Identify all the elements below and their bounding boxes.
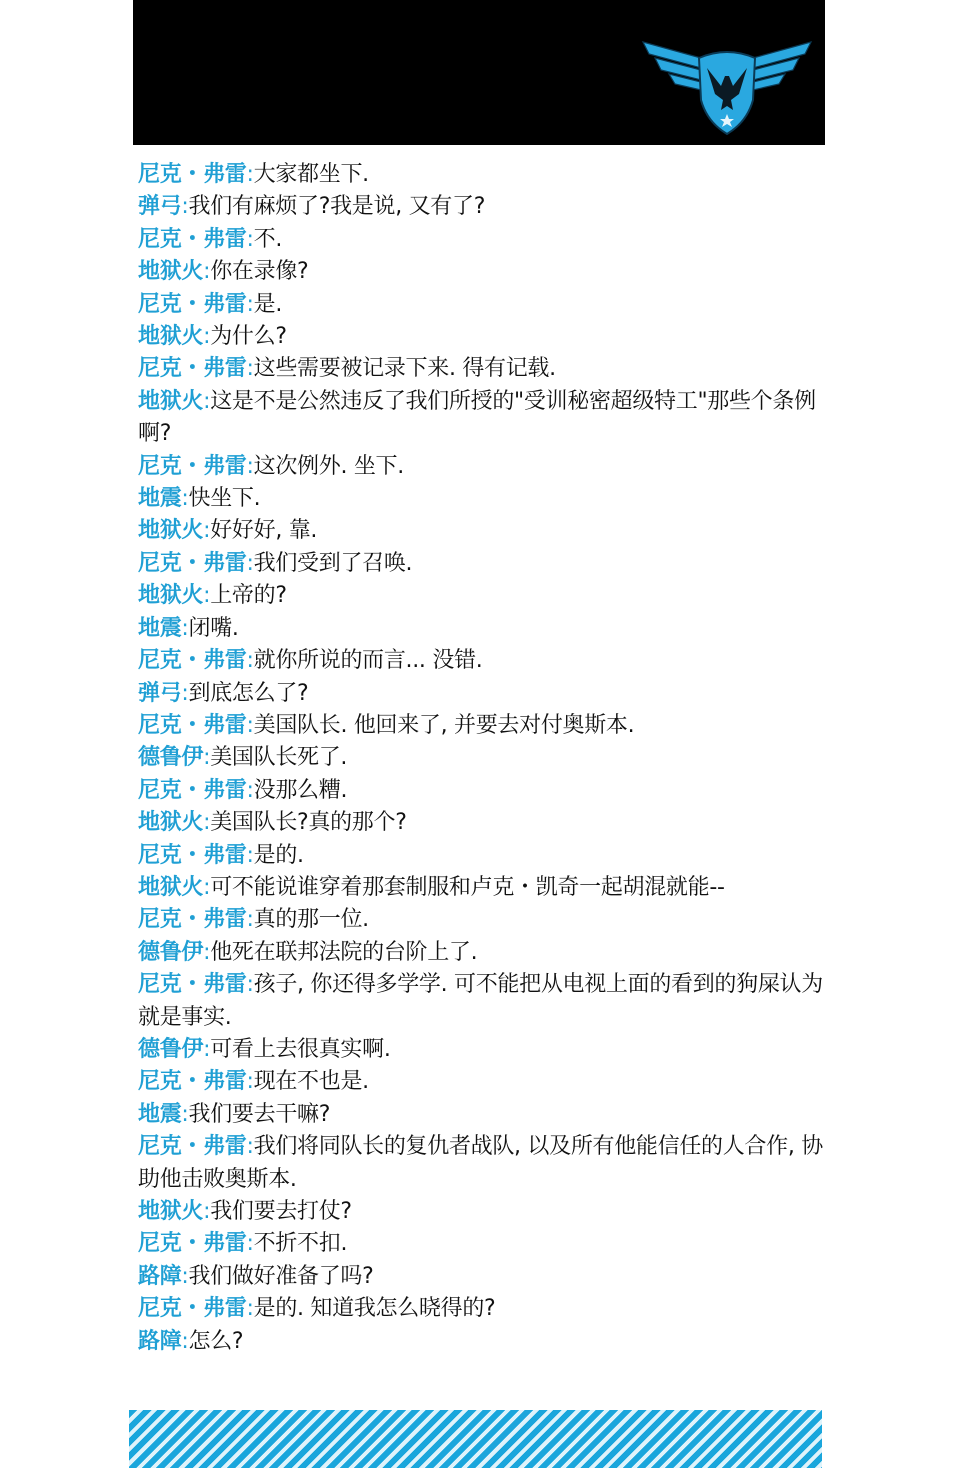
dialogue-text: 不. bbox=[254, 227, 282, 252]
dialogue-line: 尼克・弗雷:是的. 知道我怎么晓得的? bbox=[138, 1293, 832, 1325]
dialogue-text: 可看上去很真实啊. bbox=[210, 1037, 390, 1062]
dialogue-list: 尼克・弗雷:大家都坐下.弹弓:我们有麻烦了?我是说, 又有了?尼克・弗雷:不.地… bbox=[138, 159, 832, 1358]
speaker-name: 地震 bbox=[138, 1102, 181, 1127]
diagonal-stripe-footer bbox=[129, 1410, 822, 1468]
speaker-separator: : bbox=[247, 713, 254, 738]
dialogue-text: 这些需要被记录下来. 得有记载. bbox=[254, 356, 556, 381]
dialogue-line: 尼克・弗雷:是的. bbox=[138, 840, 832, 872]
dialogue-line: 路障:我们做好准备了吗? bbox=[138, 1261, 832, 1293]
speaker-name: 尼克・弗雷 bbox=[138, 843, 247, 868]
dialogue-text: 是的. bbox=[254, 843, 304, 868]
speaker-separator: : bbox=[247, 356, 254, 381]
speaker-separator: : bbox=[247, 162, 254, 187]
speaker-name: 路障 bbox=[138, 1329, 181, 1354]
winged-shield-emblem-icon bbox=[639, 28, 815, 138]
dialogue-line: 尼克・弗雷:孩子, 你还得多学学. 可不能把从电视上面的看到的狗屎认为就是事实. bbox=[138, 969, 832, 1034]
dialogue-line: 地狱火:为什么? bbox=[138, 321, 832, 353]
speaker-name: 尼克・弗雷 bbox=[138, 778, 247, 803]
speaker-name: 地狱火 bbox=[138, 389, 203, 414]
dialogue-line: 地震:闭嘴. bbox=[138, 613, 832, 645]
speaker-separator: : bbox=[247, 292, 254, 317]
dialogue-line: 德鲁伊:美国队长死了. bbox=[138, 742, 832, 774]
speaker-separator: : bbox=[247, 1296, 254, 1321]
speaker-separator: : bbox=[247, 843, 254, 868]
dialogue-text: 不折不扣. bbox=[254, 1231, 348, 1256]
dialogue-line: 尼克・弗雷:不折不扣. bbox=[138, 1228, 832, 1260]
dialogue-text: 这次例外. 坐下. bbox=[254, 454, 404, 479]
speaker-separator: : bbox=[181, 194, 188, 219]
speaker-name: 地狱火 bbox=[138, 583, 203, 608]
dialogue-text: 我们要去干嘛? bbox=[189, 1102, 331, 1127]
speaker-name: 尼克・弗雷 bbox=[138, 1231, 247, 1256]
speaker-separator: : bbox=[247, 1231, 254, 1256]
speaker-name: 德鲁伊 bbox=[138, 940, 203, 965]
speaker-separator: : bbox=[181, 1329, 188, 1354]
dialogue-text: 没那么糟. bbox=[254, 778, 348, 803]
speaker-separator: : bbox=[247, 907, 254, 932]
speaker-name: 尼克・弗雷 bbox=[138, 292, 247, 317]
dialogue-text: 大家都坐下. bbox=[254, 162, 369, 187]
dialogue-line: 地震:快坐下. bbox=[138, 483, 832, 515]
speaker-name: 尼克・弗雷 bbox=[138, 1069, 247, 1094]
speaker-separator: : bbox=[181, 1264, 188, 1289]
speaker-name: 尼克・弗雷 bbox=[138, 454, 247, 479]
dialogue-text: 是. bbox=[254, 292, 282, 317]
speaker-name: 尼克・弗雷 bbox=[138, 972, 247, 997]
dialogue-text: 真的那一位. bbox=[254, 907, 369, 932]
dialogue-text: 美国队长?真的那个? bbox=[210, 810, 406, 835]
dialogue-text: 到底怎么了? bbox=[189, 681, 309, 706]
speaker-separator: : bbox=[247, 972, 254, 997]
speaker-name: 地狱火 bbox=[138, 875, 203, 900]
dialogue-line: 地狱火:可不能说谁穿着那套制服和卢克・凯奇一起胡混就能-- bbox=[138, 872, 832, 904]
dialogue-text: 这是不是公然违反了我们所授的"受训秘密超级特工"那些个条例啊? bbox=[138, 389, 816, 446]
dialogue-line: 尼克・弗雷:我们受到了召唤. bbox=[138, 548, 832, 580]
speaker-name: 德鲁伊 bbox=[138, 1037, 203, 1062]
speaker-separator: : bbox=[247, 778, 254, 803]
dialogue-text: 为什么? bbox=[210, 324, 286, 349]
dialogue-line: 尼克・弗雷:不. bbox=[138, 224, 832, 256]
dialogue-text: 上帝的? bbox=[210, 583, 286, 608]
speaker-name: 地震 bbox=[138, 486, 181, 511]
dialogue-line: 地震:我们要去干嘛? bbox=[138, 1099, 832, 1131]
dialogue-text: 我们要去打仗? bbox=[210, 1199, 352, 1224]
dialogue-text: 可不能说谁穿着那套制服和卢克・凯奇一起胡混就能-- bbox=[210, 875, 724, 900]
speaker-name: 尼克・弗雷 bbox=[138, 162, 247, 187]
dialogue-line: 尼克・弗雷:是. bbox=[138, 289, 832, 321]
dialogue-line: 地狱火:这是不是公然违反了我们所授的"受训秘密超级特工"那些个条例啊? bbox=[138, 386, 832, 451]
dialogue-text: 美国队长. 他回来了, 并要去对付奥斯本. bbox=[254, 713, 635, 738]
dialogue-text: 就你所说的而言... 没错. bbox=[254, 648, 483, 673]
speaker-name: 地狱火 bbox=[138, 259, 203, 284]
dialogue-line: 弹弓:我们有麻烦了?我是说, 又有了? bbox=[138, 191, 832, 223]
speaker-name: 地狱火 bbox=[138, 810, 203, 835]
dialogue-text: 好好好, 靠. bbox=[210, 518, 317, 543]
speaker-separator: : bbox=[247, 1134, 254, 1159]
speaker-name: 尼克・弗雷 bbox=[138, 713, 247, 738]
speaker-name: 尼克・弗雷 bbox=[138, 227, 247, 252]
dialogue-line: 地狱火:你在录像? bbox=[138, 256, 832, 288]
dialogue-text: 他死在联邦法院的台阶上了. bbox=[210, 940, 477, 965]
speaker-name: 尼克・弗雷 bbox=[138, 551, 247, 576]
dialogue-line: 尼克・弗雷:这些需要被记录下来. 得有记载. bbox=[138, 353, 832, 385]
dialogue-text: 现在不也是. bbox=[254, 1069, 369, 1094]
dialogue-line: 尼克・弗雷:真的那一位. bbox=[138, 904, 832, 936]
dialogue-line: 地狱火:美国队长?真的那个? bbox=[138, 807, 832, 839]
dialogue-line: 尼克・弗雷:我们将同队长的复仇者战队, 以及所有他能信任的人合作, 协助他击败奥… bbox=[138, 1131, 832, 1196]
speaker-name: 地震 bbox=[138, 616, 181, 641]
dialogue-text: 美国队长死了. bbox=[210, 745, 347, 770]
dialogue-line: 弹弓:到底怎么了? bbox=[138, 678, 832, 710]
speaker-name: 地狱火 bbox=[138, 324, 203, 349]
dialogue-line: 地狱火:上帝的? bbox=[138, 580, 832, 612]
dialogue-line: 路障:怎么? bbox=[138, 1326, 832, 1358]
speaker-separator: : bbox=[247, 454, 254, 479]
dialogue-text: 你在录像? bbox=[210, 259, 308, 284]
dialogue-text: 我们受到了召唤. bbox=[254, 551, 413, 576]
dialogue-line: 德鲁伊:他死在联邦法院的台阶上了. bbox=[138, 937, 832, 969]
dialogue-text: 我们做好准备了吗? bbox=[189, 1264, 374, 1289]
speaker-separator: : bbox=[247, 227, 254, 252]
speaker-name: 地狱火 bbox=[138, 518, 203, 543]
dialogue-text: 我们有麻烦了?我是说, 又有了? bbox=[189, 194, 486, 219]
speaker-name: 尼克・弗雷 bbox=[138, 1296, 247, 1321]
dialogue-text: 快坐下. bbox=[189, 486, 261, 511]
dialogue-line: 尼克・弗雷:现在不也是. bbox=[138, 1066, 832, 1098]
speaker-separator: : bbox=[181, 616, 188, 641]
speaker-separator: : bbox=[181, 1102, 188, 1127]
speaker-name: 地狱火 bbox=[138, 1199, 203, 1224]
speaker-name: 尼克・弗雷 bbox=[138, 907, 247, 932]
speaker-separator: : bbox=[181, 681, 188, 706]
speaker-separator: : bbox=[247, 551, 254, 576]
speaker-name: 尼克・弗雷 bbox=[138, 1134, 247, 1159]
dialogue-line: 尼克・弗雷:美国队长. 他回来了, 并要去对付奥斯本. bbox=[138, 710, 832, 742]
speaker-name: 尼克・弗雷 bbox=[138, 356, 247, 381]
speaker-separator: : bbox=[247, 1069, 254, 1094]
dialogue-text: 是的. 知道我怎么晓得的? bbox=[254, 1296, 496, 1321]
dialogue-line: 尼克・弗雷:大家都坐下. bbox=[138, 159, 832, 191]
speaker-name: 德鲁伊 bbox=[138, 745, 203, 770]
speaker-name: 弹弓 bbox=[138, 681, 181, 706]
dialogue-line: 地狱火:好好好, 靠. bbox=[138, 515, 832, 547]
speaker-separator: : bbox=[181, 486, 188, 511]
header-panel bbox=[133, 0, 825, 145]
speaker-name: 尼克・弗雷 bbox=[138, 648, 247, 673]
dialogue-line: 尼克・弗雷:这次例外. 坐下. bbox=[138, 451, 832, 483]
dialogue-line: 尼克・弗雷:没那么糟. bbox=[138, 775, 832, 807]
dialogue-line: 尼克・弗雷:就你所说的而言... 没错. bbox=[138, 645, 832, 677]
dialogue-line: 地狱火:我们要去打仗? bbox=[138, 1196, 832, 1228]
speaker-separator: : bbox=[247, 648, 254, 673]
dialogue-text: 怎么? bbox=[189, 1329, 244, 1354]
dialogue-line: 德鲁伊:可看上去很真实啊. bbox=[138, 1034, 832, 1066]
speaker-name: 路障 bbox=[138, 1264, 181, 1289]
speaker-name: 弹弓 bbox=[138, 194, 181, 219]
dialogue-text: 闭嘴. bbox=[189, 616, 239, 641]
